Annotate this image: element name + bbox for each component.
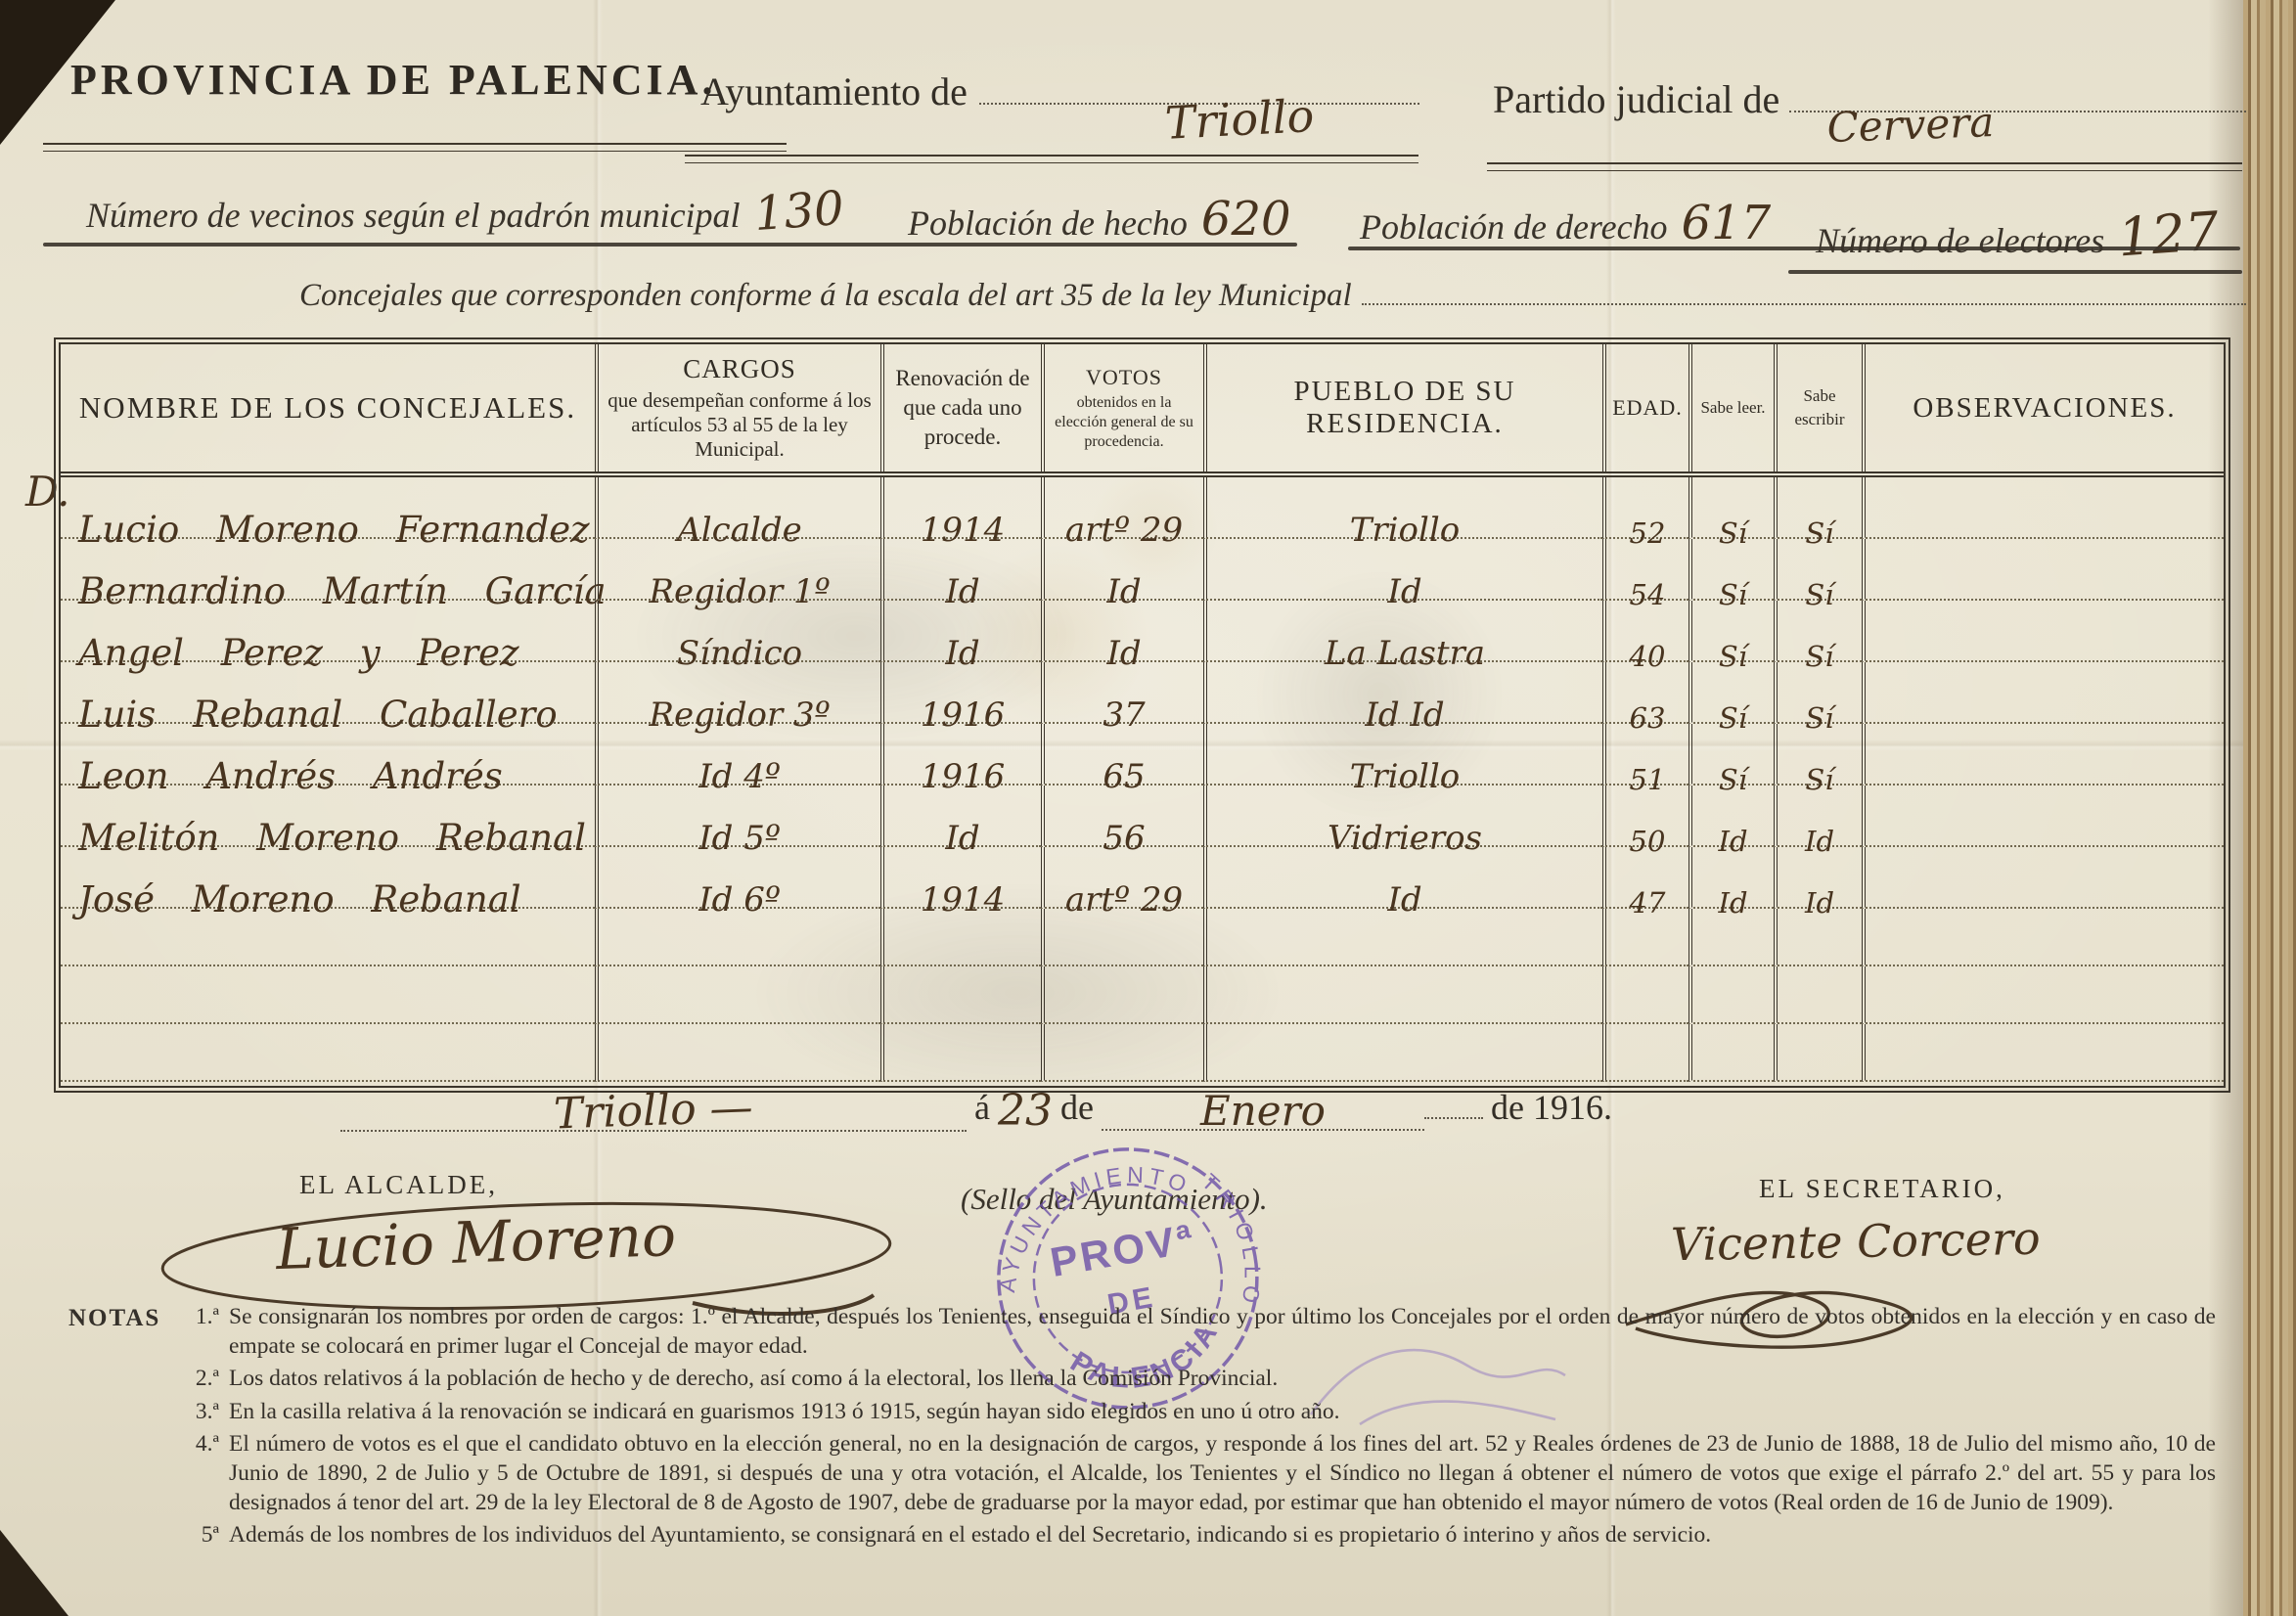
book-corner (0, 1530, 68, 1616)
stamp-ring-right-text: TRIOLLO (1194, 1162, 1274, 1318)
closing-de-label: de (1053, 1087, 1102, 1128)
hecho-value: 620 (1201, 192, 1291, 247)
table-empty-row (61, 1024, 2224, 1082)
col-header-renovacion: Renovación de que cada uno procede. (890, 364, 1035, 452)
closing-date-line: Triollo — á 23 de Enero de 1916. (340, 1080, 1679, 1132)
nota-text: El número de votos es el que el candidat… (229, 1430, 2245, 1517)
table-row: Bernardino Martín García Regidor 1º Id I… (61, 539, 2224, 601)
col-header-observaciones: OBSERVACIONES. (1913, 392, 2176, 425)
rule (1487, 162, 2242, 171)
col-header-cargos: CARGOS (683, 354, 796, 384)
table-empty-row (61, 966, 2224, 1024)
nota-number: 1.ª (168, 1303, 219, 1361)
nota-number: 3.ª (168, 1398, 219, 1427)
table-row: Leon Andrés Andrés Id 4º 1916 65 Triollo… (61, 724, 2224, 786)
table-row: Lucio Moreno Fernandez Alcalde 1914 artº… (61, 477, 2224, 539)
electores-label: Número de electores (1816, 220, 2104, 261)
col-header-nombre: NOMBRE DE LOS CONCEJALES. (79, 390, 576, 426)
table-row: Angel Perez y Perez Síndico Id Id La Las… (61, 601, 2224, 662)
stamp-line1: PROVª (1047, 1215, 1198, 1285)
closing-day: 23 (998, 1086, 1053, 1136)
col-header-votos-sub: obtenidos en la elección general de su p… (1051, 393, 1197, 452)
concejales-table: NOMBRE DE LOS CONCEJALES. CARGOSque dese… (54, 337, 2230, 1093)
col-header-sabe-escribir: Sabe escribir (1783, 384, 1856, 431)
nota-number: 5ª (168, 1521, 219, 1550)
nota-text: En la casilla relativa á la renovación s… (229, 1398, 2245, 1427)
concejales-line: Concejales que corresponden conforme á l… (299, 278, 1352, 314)
table-header-row: NOMBRE DE LOS CONCEJALES. CARGOSque dese… (61, 344, 2224, 477)
nota-text: Además de los nombres de los individuos … (229, 1521, 2245, 1550)
book-pages-edge (2243, 0, 2296, 1616)
nota-number: 4.ª (168, 1430, 219, 1517)
rule (685, 155, 1418, 163)
rule (43, 243, 1297, 247)
derecho-value: 617 (1682, 196, 1772, 250)
nota-text: Se consignarán los nombres por orden de … (229, 1303, 2245, 1361)
closing-place: Triollo — (553, 1082, 753, 1139)
vecinos-label: Número de vecinos según el padrón munici… (86, 195, 741, 236)
partido-label: Partido judicial de (1493, 76, 1779, 122)
derecho-label: Población de derecho (1360, 206, 1668, 247)
rule (43, 143, 787, 152)
alcalde-signature: Lucio Moreno (275, 1202, 677, 1282)
notas-label: NOTAS (68, 1303, 158, 1361)
col-header-edad: EDAD. (1612, 395, 1683, 421)
partido-value: Cervera (1825, 98, 1993, 121)
rule (1348, 247, 2240, 250)
table-row: Luis Rebanal Caballero Regidor 3º 1916 3… (61, 662, 2224, 724)
table-row: Melitón Moreno Rebanal Id 5º Id 56 Vidri… (61, 786, 2224, 847)
province-title: PROVINCIA DE PALENCIA. (70, 55, 716, 105)
electores-value: 127 (2116, 200, 2221, 268)
document-page: PROVINCIA DE PALENCIA. Ayuntamiento de T… (0, 0, 2296, 1616)
svg-text:TRIOLLO: TRIOLLO (1194, 1162, 1274, 1318)
table-row: José Moreno Rebanal Id 6º 1914 artº 29 I… (61, 847, 2224, 909)
table-empty-row (61, 909, 2224, 966)
col-header-votos: VOTOS (1086, 365, 1162, 390)
rule (1788, 270, 2242, 274)
secretario-label: EL SECRETARIO, (1759, 1174, 2005, 1204)
nota-number: 2.ª (168, 1365, 219, 1394)
hecho-label: Población de hecho (908, 202, 1188, 244)
ayuntamiento-value: Triollo (1164, 89, 1314, 114)
ayuntamiento-label: Ayuntamiento de (700, 68, 968, 114)
col-header-cargos-sub: que desempeñan conforme á los artículos … (605, 388, 875, 461)
vecinos-value: 130 (752, 181, 845, 242)
closing-a-label: á (967, 1087, 998, 1128)
secretario-signature: Vicente Corcero (1671, 1212, 2042, 1272)
nota-text: Los datos relativos á la población de he… (229, 1365, 2245, 1394)
col-header-pueblo: PUEBLO DE SU RESIDENCIA. (1213, 376, 1597, 440)
col-header-sabe-leer: Sabe leer. (1700, 396, 1765, 420)
notas-section: NOTAS 1.ª Se consignarán los nombres por… (68, 1303, 2245, 1550)
closing-year: de 1916. (1483, 1087, 1620, 1128)
